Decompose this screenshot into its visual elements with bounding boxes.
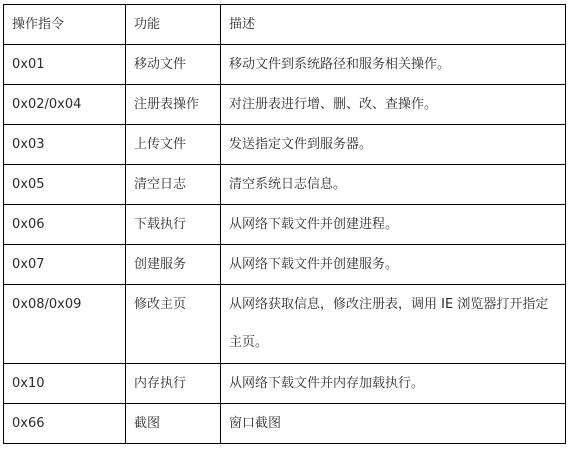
cell-command: 0x05: [4, 165, 126, 205]
function-name: 上传文件: [134, 125, 212, 155]
description-text: 从网络获取信息，修改注册表，调用 IE 浏览器打开指定主页。: [229, 285, 557, 362]
cell-function: 修改主页: [126, 285, 221, 364]
function-name: 移动文件: [134, 45, 212, 75]
description-text: 窗口截图: [229, 404, 557, 434]
description-text: 从网络下载文件并内存加载执行。: [229, 364, 557, 394]
function-name: 下载执行: [134, 205, 212, 235]
cell-command: 0x06: [4, 205, 126, 245]
command-code: 0x66: [12, 404, 117, 434]
command-code: 0x05: [12, 165, 117, 195]
command-table: 操作指令 功能 描述 0x01 移动文件 移动文件到系统路径和服务相关操作。 0…: [3, 4, 566, 444]
cell-function: 创建服务: [126, 245, 221, 285]
cell-function: 截图: [126, 404, 221, 444]
table-row: 0x01 移动文件 移动文件到系统路径和服务相关操作。: [4, 45, 566, 85]
table-row: 0x10 内存执行 从网络下载文件并内存加载执行。: [4, 364, 566, 404]
cell-description: 窗口截图: [221, 404, 566, 444]
table-header-row: 操作指令 功能 描述: [4, 5, 566, 45]
description-text: 对注册表进行增、删、改、查操作。: [229, 85, 557, 115]
table-row: 0x08/0x09 修改主页 从网络获取信息，修改注册表，调用 IE 浏览器打开…: [4, 285, 566, 364]
cell-description: 移动文件到系统路径和服务相关操作。: [221, 45, 566, 85]
function-name: 清空日志: [134, 165, 212, 195]
cell-function: 注册表操作: [126, 85, 221, 125]
table-row: 0x03 上传文件 发送指定文件到服务器。: [4, 125, 566, 165]
table-row: 0x02/0x04 注册表操作 对注册表进行增、删、改、查操作。: [4, 85, 566, 125]
cell-command: 0x66: [4, 404, 126, 444]
header-cell-command: 操作指令: [4, 5, 126, 45]
cell-function: 清空日志: [126, 165, 221, 205]
command-table-container: 操作指令 功能 描述 0x01 移动文件 移动文件到系统路径和服务相关操作。 0…: [3, 4, 565, 444]
cell-command: 0x01: [4, 45, 126, 85]
description-text: 发送指定文件到服务器。: [229, 125, 557, 155]
cell-function: 内存执行: [126, 364, 221, 404]
table-row: 0x05 清空日志 清空系统日志信息。: [4, 165, 566, 205]
cell-function: 移动文件: [126, 45, 221, 85]
cell-command: 0x03: [4, 125, 126, 165]
command-code: 0x01: [12, 45, 117, 75]
table-row: 0x07 创建服务 从网络下载文件并创建服务。: [4, 245, 566, 285]
function-name: 创建服务: [134, 245, 212, 275]
table-row: 0x06 下载执行 从网络下载文件并创建进程。: [4, 205, 566, 245]
header-command: 操作指令: [12, 5, 117, 35]
command-code: 0x06: [12, 205, 117, 235]
command-code: 0x08/0x09: [12, 285, 117, 315]
table-row: 0x66 截图 窗口截图: [4, 404, 566, 444]
description-text: 从网络下载文件并创建服务。: [229, 245, 557, 275]
function-name: 内存执行: [134, 364, 212, 394]
cell-command: 0x10: [4, 364, 126, 404]
header-description: 描述: [229, 5, 557, 35]
cell-command: 0x07: [4, 245, 126, 285]
description-text: 清空系统日志信息。: [229, 165, 557, 195]
cell-description: 从网络下载文件并创建服务。: [221, 245, 566, 285]
description-text: 从网络下载文件并创建进程。: [229, 205, 557, 235]
cell-command: 0x02/0x04: [4, 85, 126, 125]
cell-command: 0x08/0x09: [4, 285, 126, 364]
description-text: 移动文件到系统路径和服务相关操作。: [229, 45, 557, 75]
header-function: 功能: [134, 5, 212, 35]
cell-description: 从网络下载文件并内存加载执行。: [221, 364, 566, 404]
cell-function: 上传文件: [126, 125, 221, 165]
cell-description: 从网络获取信息，修改注册表，调用 IE 浏览器打开指定主页。: [221, 285, 566, 364]
function-name: 修改主页: [134, 285, 212, 315]
header-cell-function: 功能: [126, 5, 221, 45]
command-code: 0x02/0x04: [12, 85, 117, 115]
command-code: 0x07: [12, 245, 117, 275]
header-cell-description: 描述: [221, 5, 566, 45]
function-name: 截图: [134, 404, 212, 434]
command-code: 0x03: [12, 125, 117, 155]
cell-description: 清空系统日志信息。: [221, 165, 566, 205]
cell-function: 下载执行: [126, 205, 221, 245]
cell-description: 从网络下载文件并创建进程。: [221, 205, 566, 245]
cell-description: 发送指定文件到服务器。: [221, 125, 566, 165]
function-name: 注册表操作: [134, 85, 212, 115]
command-code: 0x10: [12, 364, 117, 394]
cell-description: 对注册表进行增、删、改、查操作。: [221, 85, 566, 125]
